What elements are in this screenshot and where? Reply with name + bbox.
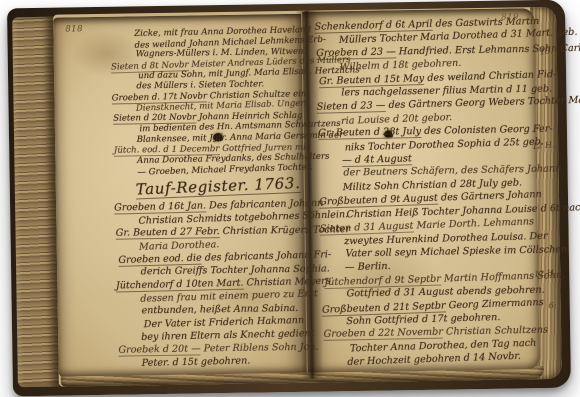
left-page-lines-top: Zicke, mit frau Anna Dorothea Havelandde… — [110, 25, 335, 178]
left-page-text: Zicke, mit frau Anna Dorothea Havelandde… — [110, 25, 340, 371]
open-book: 818 819. Zicke, mit frau Anna Dorothea H… — [7, 0, 571, 396]
entry-place-date: Gr. Beuten d 28t July — [318, 126, 421, 140]
left-page-number: 818 — [65, 24, 83, 34]
entry-place-date: Groeben d 23 — — [316, 46, 396, 60]
fee-margin-note: 16. — [540, 46, 553, 56]
page-block: 818 819. Zicke, mit frau Anna Dorothea H… — [53, 7, 562, 387]
left-page-lines-bottom: Groeben d 16t Jan. Des fabricanten Johan… — [114, 197, 340, 371]
entry-text: — Berlin. — [344, 261, 390, 273]
entry-text: Peter. d 15t gebohren. — [142, 356, 251, 369]
fee-margin-note: 12 H. — [532, 140, 555, 151]
entry-place-date: Groebek d 20t — — [118, 344, 200, 357]
photo-of-open-register-book: 818 819. Zicke, mit frau Anna Dorothea H… — [0, 0, 580, 397]
right-margin-notes: 16.12 H.12 H.6: — [522, 17, 558, 369]
entry-place-date: Sieten d 23 — — [316, 100, 385, 114]
register-title: Tauf-Register. 1763. — [135, 174, 300, 200]
fee-margin-note: 12 H. — [534, 268, 557, 279]
right-page-text: Schenkendorf d 6t April des Gastwirts Ma… — [314, 15, 555, 370]
fee-margin-note: 6: — [549, 301, 558, 311]
left-page-stack-edge — [12, 17, 59, 388]
right-page-lines: Schenkendorf d 6t April des Gastwirts Ma… — [314, 15, 555, 370]
